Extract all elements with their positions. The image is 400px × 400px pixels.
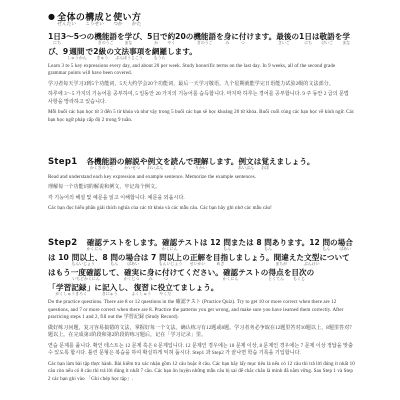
step1-label: Step1: [48, 157, 77, 167]
step2-vietnamese: Các bạn làm bài tập thực hành. Bài kiểm …: [48, 361, 355, 384]
step2-japanese: 確認かくにんテストをします。確認かくにんテストは 12 問もんまたは 8 問もん…: [48, 238, 353, 292]
step1-vietnamese: Các bạn đọc hiểu phần giải thích nghĩa c…: [48, 205, 355, 213]
step1-korean: 각 기능어의 해설 및 예문을 읽고 이해합니다. 예문을 외웁시다.: [48, 195, 355, 203]
step1-japanese: 各機能語かくきのうごの解説かいせつや例文れいぶんを読よんで理解りかいします。例文…: [86, 157, 314, 166]
textbook-page: ●全体ぜんたいの構成こうせいと使つかい方かた 1日にち3〜5つの機能語きのうごを…: [0, 0, 400, 400]
page-title: ●全体ぜんたいの構成こうせいと使つかい方かた: [48, 13, 355, 26]
intro-english: Learn 3 to 5 key expressions every day, …: [48, 63, 355, 78]
step2-section: Step2確認かくにんテストをします。確認かくにんテストは 12 問もんまたは …: [48, 235, 355, 383]
step2-english: Do the practice questions. There are 8 o…: [48, 299, 355, 322]
page-title-text: 全体ぜんたいの構成こうせいと使つかい方かた: [57, 13, 141, 23]
step2-label: Step2: [48, 238, 77, 248]
step2-chinese: 做好练习问题，复习容易搞错的文法，掌握好每一个文法。确认练习有12题或8题。学习…: [48, 325, 355, 340]
step2-heading: Step2確認かくにんテストをします。確認かくにんテストは 12 問もんまたは …: [48, 235, 355, 296]
step1-section: Step1各機能語かくきのうごの解説かいせつや例文れいぶんを読よんで理解りかいし…: [48, 154, 355, 213]
intro-japanese: 1日にち3〜5つの機能語きのうごを学まなび、5日かで約やく20の機能語きのうごを…: [48, 30, 355, 60]
step1-chinese: 理解每一个功能词的解说和例文，牢记每个例文。: [48, 184, 355, 192]
bullet-icon: ●: [48, 12, 55, 21]
intro-vietnamese: Mỗi buổi các bạn học từ 3 đến 5 từ khóa …: [48, 109, 355, 124]
step1-english: Read and understand each key expression …: [48, 174, 355, 182]
step2-korean: 연습 문제를 풉니다. 확인 테스트는 12 문제 혹은 8 문제입니다. 12…: [48, 343, 355, 358]
step1-heading: Step1各機能語かくきのうごの解説かいせつや例文れいぶんを読よんで理解りかいし…: [48, 154, 355, 171]
intro-korean: 하루에 3～5 가지의 기능어를 공부하여, 5 일동안 20 가지의 기능어를…: [48, 91, 355, 106]
intro-chinese: 学习者每天学习3到5个功能词，5天大约学会20个功能词，最后一天学习敬语。九个星…: [48, 81, 355, 89]
